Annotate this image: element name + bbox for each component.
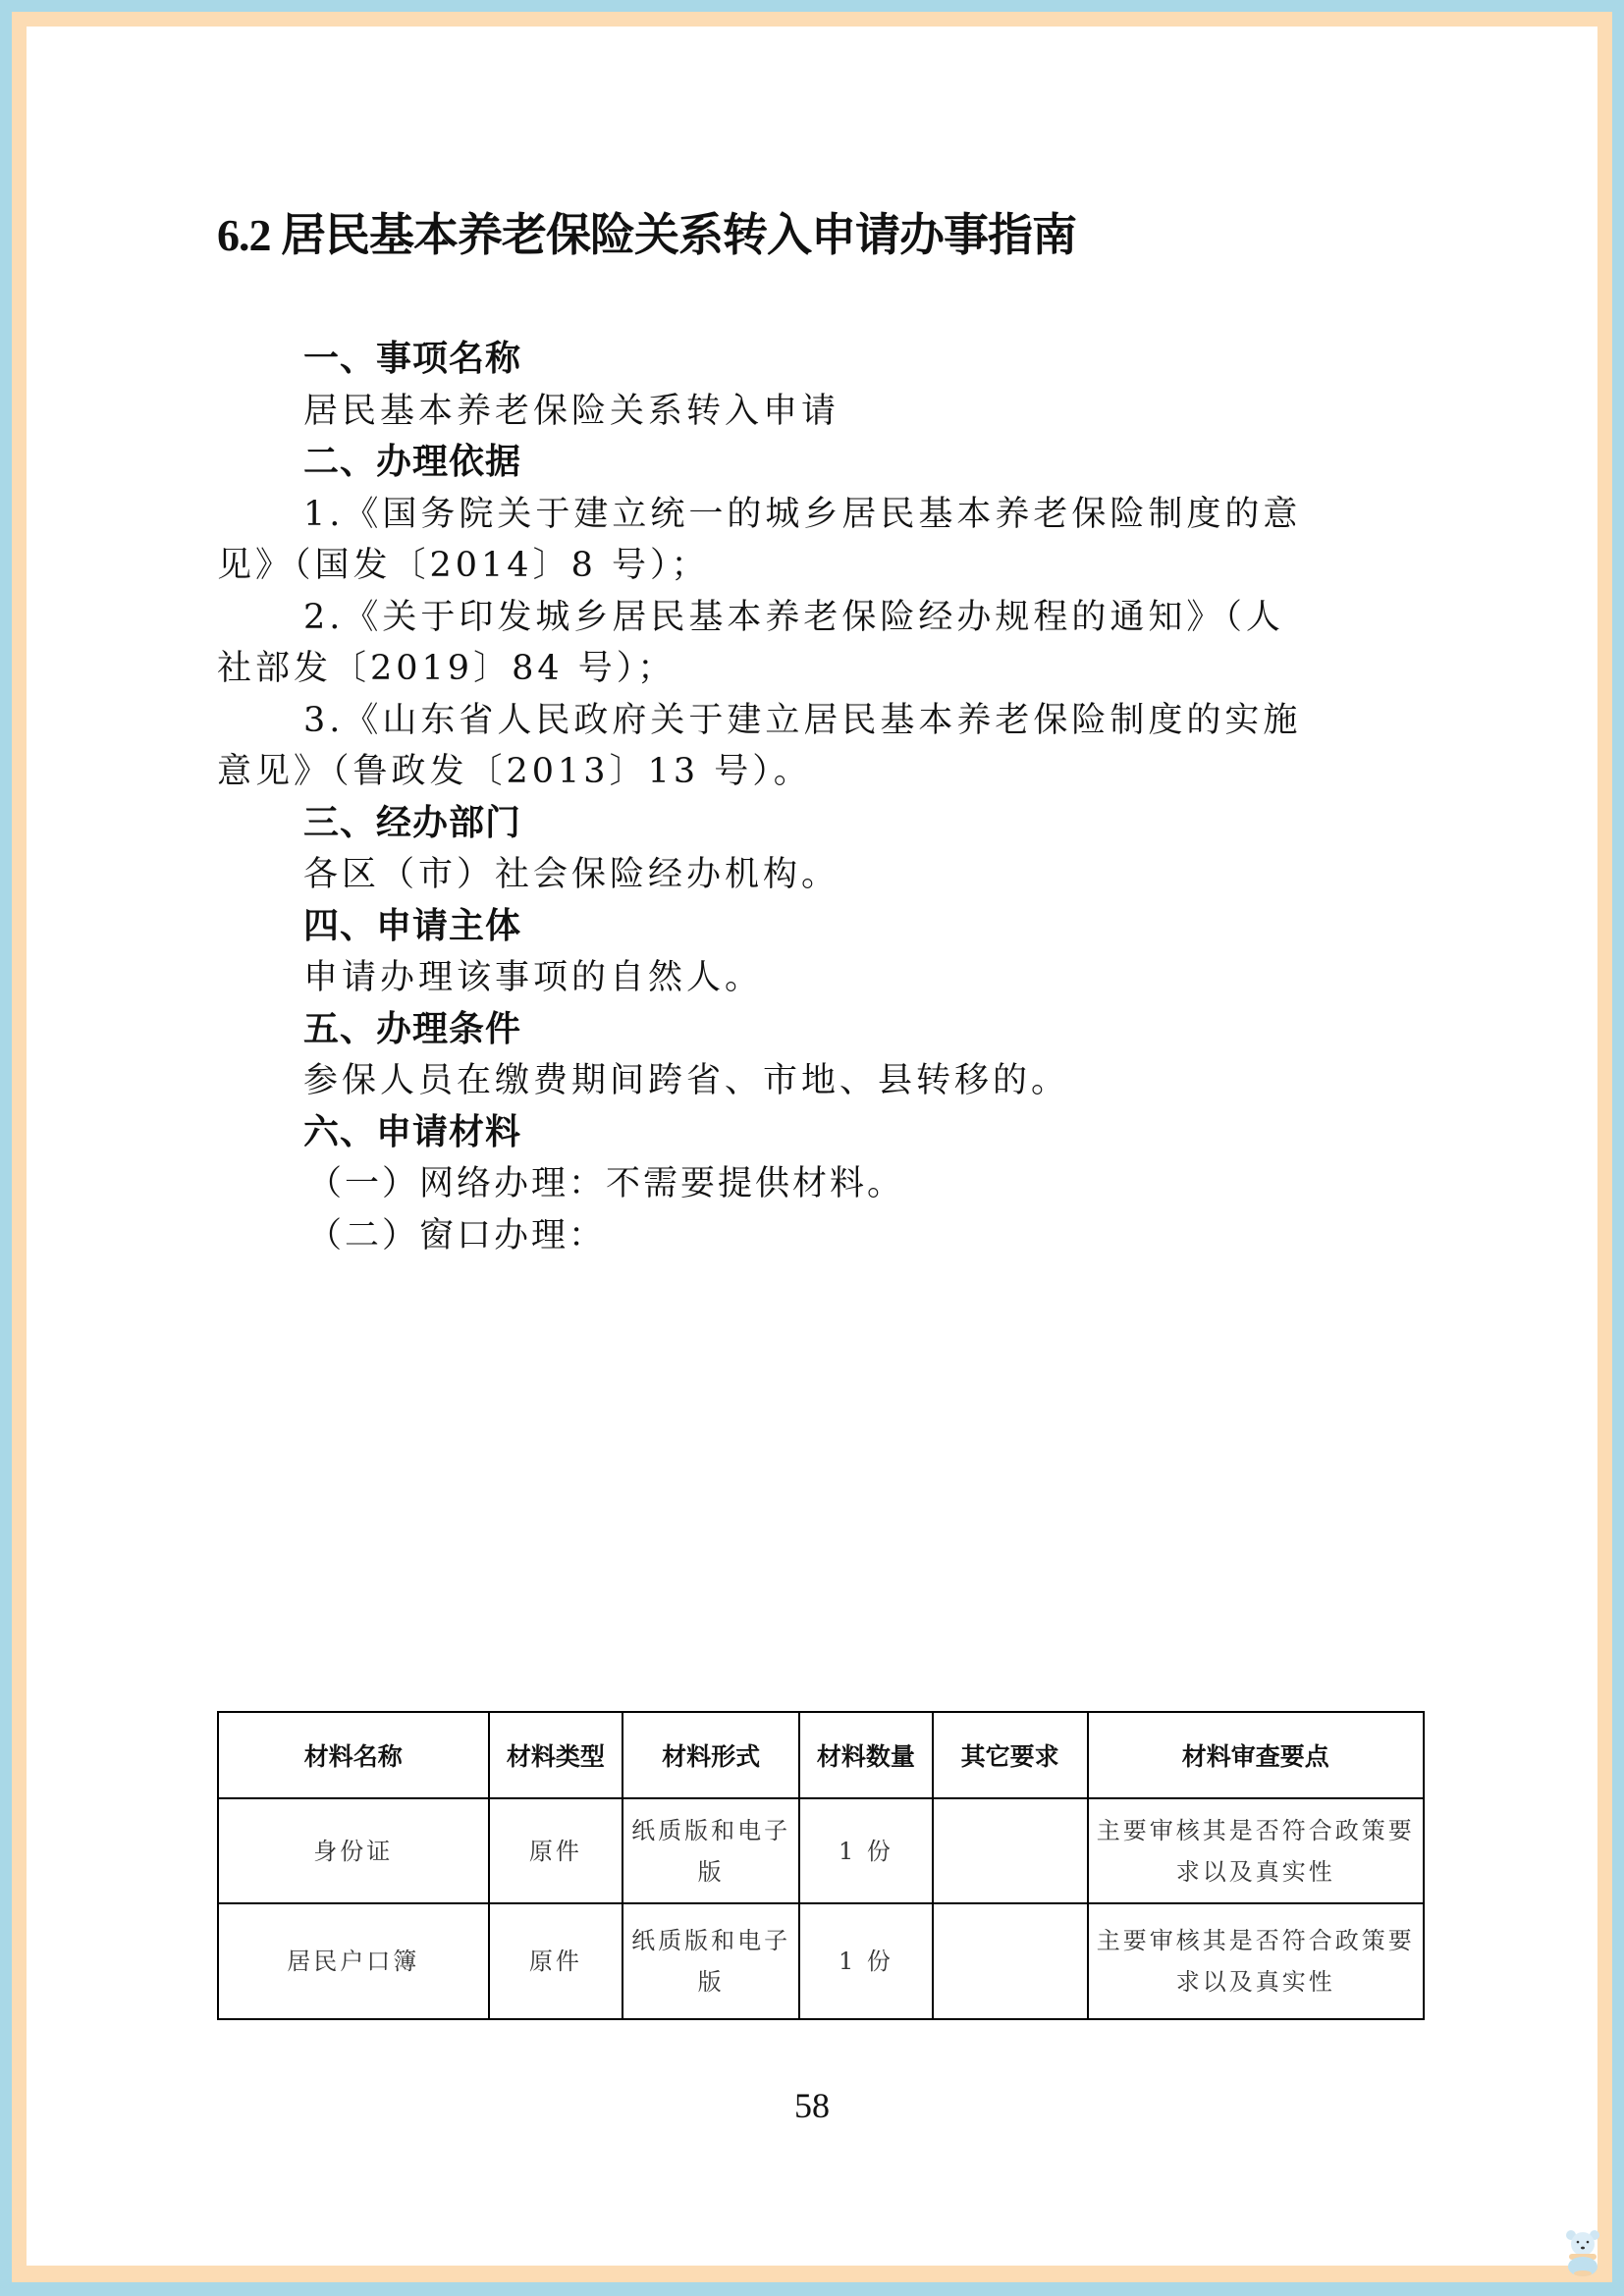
header-material-type: 材料类型 [489, 1712, 623, 1798]
cell-material-name: 身份证 [218, 1798, 489, 1903]
section-heading-basis: 二、办理依据 [217, 437, 1425, 489]
cell-material-name: 居民户口簿 [218, 1903, 489, 2019]
header-other-requirements: 其它要求 [933, 1712, 1088, 1798]
basis-2-line1: 2.《关于印发城乡居民基本养老保险经办规程的通知》（人 [217, 592, 1425, 644]
basis-1-line2: 见》（国发〔2014〕8 号）； [217, 540, 1425, 592]
cell-material-form: 纸质版和电子版 [623, 1903, 799, 2019]
cell-other-requirements [933, 1903, 1088, 2019]
section-heading-department: 三、经办部门 [217, 798, 1425, 850]
section-heading-materials: 六、申请材料 [217, 1107, 1425, 1159]
cell-material-form: 纸质版和电子版 [623, 1798, 799, 1903]
materials-online: （一）网络办理：不需要提供材料。 [217, 1158, 1425, 1210]
cell-material-quantity: 1 份 [799, 1798, 933, 1903]
page-number: 58 [0, 2085, 1624, 2126]
header-material-form: 材料形式 [623, 1712, 799, 1798]
cell-other-requirements [933, 1798, 1088, 1903]
table-row: 身份证 原件 纸质版和电子版 1 份 主要审核其是否符合政策要求以及真实性 [218, 1798, 1424, 1903]
header-material-name: 材料名称 [218, 1712, 489, 1798]
header-material-quantity: 材料数量 [799, 1712, 933, 1798]
basis-3-line2: 意见》（鲁政发〔2013〕13 号）。 [217, 746, 1425, 798]
conditions-text: 参保人员在缴费期间跨省、市地、县转移的。 [217, 1055, 1425, 1107]
section-heading-item-name: 一、事项名称 [217, 334, 1425, 386]
header-review-points: 材料审查要点 [1088, 1712, 1424, 1798]
cell-material-quantity: 1 份 [799, 1903, 933, 2019]
section-heading-conditions: 五、办理条件 [217, 1004, 1425, 1056]
document-title: 6.2 居民基本养老保险关系转入申请办事指南 [217, 206, 1076, 265]
cell-review-points: 主要审核其是否符合政策要求以及真实性 [1088, 1798, 1424, 1903]
cell-material-type: 原件 [489, 1798, 623, 1903]
item-name-text: 居民基本养老保险关系转入申请 [217, 386, 1425, 438]
table-row: 居民户口簿 原件 纸质版和电子版 1 份 主要审核其是否符合政策要求以及真实性 [218, 1903, 1424, 2019]
basis-2-line2: 社部发〔2019〕84 号）； [217, 643, 1425, 695]
materials-window: （二）窗口办理： [217, 1210, 1425, 1262]
basis-3-line1: 3.《山东省人民政府关于建立居民基本养老保险制度的实施 [217, 695, 1425, 747]
applicant-text: 申请办理该事项的自然人。 [217, 952, 1425, 1004]
teddy-bear-icon [1561, 2227, 1604, 2278]
cell-material-type: 原件 [489, 1903, 623, 2019]
department-text: 各区（市）社会保险经办机构。 [217, 849, 1425, 901]
table-header-row: 材料名称 材料类型 材料形式 材料数量 其它要求 材料审查要点 [218, 1712, 1424, 1798]
materials-table: 材料名称 材料类型 材料形式 材料数量 其它要求 材料审查要点 身份证 原件 纸… [217, 1711, 1425, 2020]
cell-review-points: 主要审核其是否符合政策要求以及真实性 [1088, 1903, 1424, 2019]
document-body: 一、事项名称 居民基本养老保险关系转入申请 二、办理依据 1.《国务院关于建立统… [217, 334, 1425, 1261]
basis-1-line1: 1.《国务院关于建立统一的城乡居民基本养老保险制度的意 [217, 489, 1425, 541]
section-heading-applicant: 四、申请主体 [217, 901, 1425, 953]
